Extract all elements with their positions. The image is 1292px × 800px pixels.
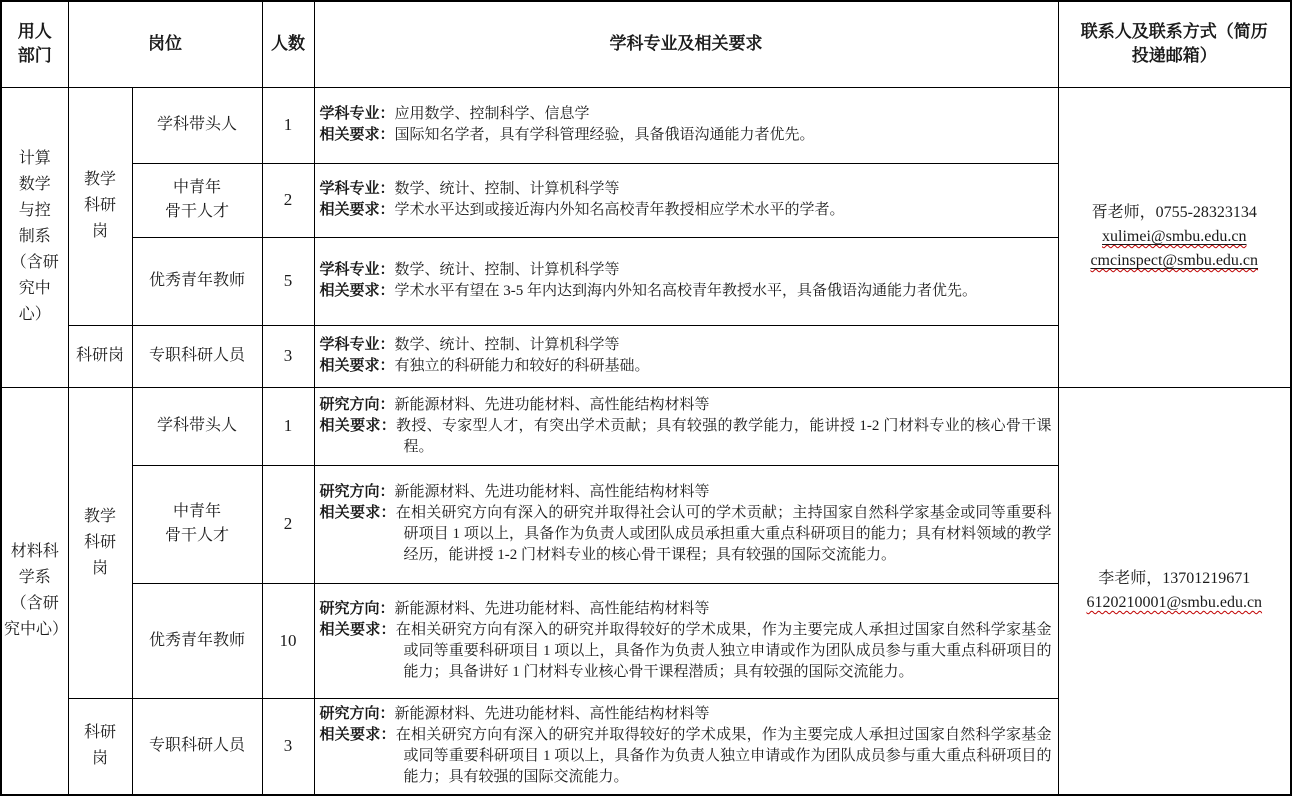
header-requirements: 学科专业及相关要求	[314, 1, 1058, 87]
requirement-label: 学科专业：	[320, 337, 395, 353]
requirements-cell: 学科专业：数学、统计、控制、计算机科学等 相关要求：学术水平达到或接近海内外知名…	[314, 163, 1058, 237]
requirement-line: 相关要求：在相关研究方向有深入的研究并取得社会认可的学术贡献；主持国家自然科学家…	[320, 503, 1052, 566]
position-cell: 学科带头人	[132, 87, 262, 163]
position-cell: 中青年 骨干人才	[132, 163, 262, 237]
position-cell: 优秀青年教师	[132, 237, 262, 325]
post-category-cell: 科研 岗	[68, 698, 132, 795]
department-cell: 计算 数学 与控 制系 （含研 究中 心）	[1, 87, 68, 387]
requirement-text: 在相关研究方向有深入的研究并取得社会认可的学术贡献；主持国家自然科学家基金或同等…	[396, 505, 1052, 563]
position-cell: 专职科研人员	[132, 698, 262, 795]
requirement-label: 研究方向：	[320, 706, 395, 722]
header-contact: 联系人及联系方式（简历 投递邮箱）	[1058, 1, 1291, 87]
requirement-line: 相关要求：教授、专家型人才，有突出学术贡献；具有较强的教学能力，能讲授 1-2 …	[320, 416, 1052, 458]
requirement-text: 在相关研究方向有深入的研究并取得较好的学术成果，作为主要完成人承担过国家自然科学…	[396, 727, 1052, 785]
contact-person: 胥老师，0755-28323134	[1063, 201, 1287, 225]
requirement-line: 研究方向：新能源材料、先进功能材料、高性能结构材料等	[320, 395, 1052, 416]
count-cell: 1	[262, 387, 314, 465]
requirement-text: 数学、统计、控制、计算机科学等	[395, 337, 620, 353]
contact-email: xulimei@smbu.edu.cn	[1063, 225, 1287, 249]
requirement-line: 相关要求：在相关研究方向有深入的研究并取得较好的学术成果，作为主要完成人承担过国…	[320, 725, 1052, 788]
requirement-line: 研究方向：新能源材料、先进功能材料、高性能结构材料等	[320, 482, 1052, 503]
post-category-cell: 科研岗	[68, 325, 132, 387]
section-materials-science: 材料科 学系 （含研 究中心） 教学 科研 岗 学科带头人 1 研究方向：新能源…	[1, 387, 1291, 795]
requirement-text: 新能源材料、先进功能材料、高性能结构材料等	[395, 397, 710, 413]
contact-person: 李老师，13701219671	[1063, 567, 1287, 591]
requirement-text: 学术水平达到或接近海内外知名高校青年教授相应学术水平的学者。	[395, 202, 845, 218]
requirement-text: 数学、统计、控制、计算机科学等	[395, 262, 620, 278]
requirement-label: 相关要求：	[320, 283, 395, 299]
requirement-text: 教授、专家型人才，有突出学术贡献；具有较强的教学能力，能讲授 1-2 门材料专业…	[396, 418, 1051, 455]
requirement-label: 相关要求：	[320, 727, 396, 743]
requirement-line: 学科专业：数学、统计、控制、计算机科学等	[320, 179, 1052, 200]
requirement-line: 相关要求：学术水平达到或接近海内外知名高校青年教授相应学术水平的学者。	[320, 200, 1052, 221]
requirements-cell: 研究方向：新能源材料、先进功能材料、高性能结构材料等 相关要求：在相关研究方向有…	[314, 698, 1058, 795]
requirement-label: 学科专业：	[320, 106, 395, 122]
requirement-text: 数学、统计、控制、计算机科学等	[395, 181, 620, 197]
requirements-cell: 研究方向：新能源材料、先进功能材料、高性能结构材料等 相关要求：在相关研究方向有…	[314, 465, 1058, 583]
requirement-line: 相关要求：国际知名学者，具有学科管理经验，具备俄语沟通能力者优先。	[320, 125, 1052, 146]
requirement-line: 研究方向：新能源材料、先进功能材料、高性能结构材料等	[320, 599, 1052, 620]
requirement-text: 新能源材料、先进功能材料、高性能结构材料等	[395, 484, 710, 500]
department-cell: 材料科 学系 （含研 究中心）	[1, 387, 68, 795]
document-page: 用人 部门 岗位 人数 学科专业及相关要求 联系人及联系方式（简历 投递邮箱） …	[0, 0, 1292, 800]
post-category-cell: 教学 科研 岗	[68, 87, 132, 325]
requirement-text: 学术水平有望在 3-5 年内达到海内外知名高校青年教授水平，具备俄语沟通能力者优…	[395, 283, 978, 299]
position-cell: 学科带头人	[132, 387, 262, 465]
requirement-text: 在相关研究方向有深入的研究并取得较好的学术成果，作为主要完成人承担过国家自然科学…	[396, 622, 1052, 680]
requirement-line: 学科专业：应用数学、控制科学、信息学	[320, 104, 1052, 125]
requirement-line: 相关要求：在相关研究方向有深入的研究并取得较好的学术成果，作为主要完成人承担过国…	[320, 620, 1052, 683]
requirement-line: 研究方向：新能源材料、先进功能材料、高性能结构材料等	[320, 704, 1052, 725]
contact-cell: 胥老师，0755-28323134 xulimei@smbu.edu.cn cm…	[1058, 87, 1291, 387]
count-cell: 2	[262, 163, 314, 237]
contact-email: cmcinspect@smbu.edu.cn	[1063, 249, 1287, 273]
requirement-label: 研究方向：	[320, 601, 395, 617]
requirement-label: 研究方向：	[320, 484, 395, 500]
requirement-line: 相关要求：有独立的科研能力和较好的科研基础。	[320, 356, 1052, 377]
requirement-label: 相关要求：	[320, 202, 395, 218]
requirement-line: 学科专业：数学、统计、控制、计算机科学等	[320, 335, 1052, 356]
count-cell: 10	[262, 583, 314, 698]
requirements-cell: 学科专业：应用数学、控制科学、信息学 相关要求：国际知名学者，具有学科管理经验，…	[314, 87, 1058, 163]
section-computational-math: 计算 数学 与控 制系 （含研 究中 心） 教学 科研 岗 学科带头人 1 学科…	[1, 87, 1291, 387]
count-cell: 3	[262, 325, 314, 387]
requirement-label: 学科专业：	[320, 181, 395, 197]
position-cell: 专职科研人员	[132, 325, 262, 387]
recruitment-table: 用人 部门 岗位 人数 学科专业及相关要求 联系人及联系方式（简历 投递邮箱） …	[0, 0, 1292, 796]
requirement-label: 相关要求：	[320, 418, 397, 434]
contact-email: 6120210001@smbu.edu.cn	[1063, 591, 1287, 615]
count-cell: 1	[262, 87, 314, 163]
table-row: 材料科 学系 （含研 究中心） 教学 科研 岗 学科带头人 1 研究方向：新能源…	[1, 387, 1291, 465]
position-cell: 优秀青年教师	[132, 583, 262, 698]
requirement-text: 新能源材料、先进功能材料、高性能结构材料等	[395, 601, 710, 617]
requirement-label: 相关要求：	[320, 127, 395, 143]
requirements-cell: 学科专业：数学、统计、控制、计算机科学等 相关要求：有独立的科研能力和较好的科研…	[314, 325, 1058, 387]
requirement-label: 相关要求：	[320, 622, 396, 638]
header-position: 岗位	[68, 1, 262, 87]
header-count: 人数	[262, 1, 314, 87]
requirement-label: 相关要求：	[320, 505, 396, 521]
requirement-label: 相关要求：	[320, 358, 395, 374]
count-cell: 3	[262, 698, 314, 795]
count-cell: 2	[262, 465, 314, 583]
requirements-cell: 学科专业：数学、统计、控制、计算机科学等 相关要求：学术水平有望在 3-5 年内…	[314, 237, 1058, 325]
requirements-cell: 研究方向：新能源材料、先进功能材料、高性能结构材料等 相关要求：在相关研究方向有…	[314, 583, 1058, 698]
position-cell: 中青年 骨干人才	[132, 465, 262, 583]
requirement-text: 国际知名学者，具有学科管理经验，具备俄语沟通能力者优先。	[395, 127, 815, 143]
requirement-text: 有独立的科研能力和较好的科研基础。	[395, 358, 650, 374]
count-cell: 5	[262, 237, 314, 325]
requirement-text: 新能源材料、先进功能材料、高性能结构材料等	[395, 706, 710, 722]
requirement-line: 学科专业：数学、统计、控制、计算机科学等	[320, 260, 1052, 281]
header-department: 用人 部门	[1, 1, 68, 87]
header-row: 用人 部门 岗位 人数 学科专业及相关要求 联系人及联系方式（简历 投递邮箱）	[1, 1, 1291, 87]
requirement-label: 研究方向：	[320, 397, 395, 413]
requirement-line: 相关要求：学术水平有望在 3-5 年内达到海内外知名高校青年教授水平，具备俄语沟…	[320, 281, 1052, 302]
post-category-cell: 教学 科研 岗	[68, 387, 132, 698]
table-row: 计算 数学 与控 制系 （含研 究中 心） 教学 科研 岗 学科带头人 1 学科…	[1, 87, 1291, 163]
requirement-text: 应用数学、控制科学、信息学	[395, 106, 590, 122]
requirement-label: 学科专业：	[320, 262, 395, 278]
contact-cell: 李老师，13701219671 6120210001@smbu.edu.cn	[1058, 387, 1291, 795]
requirements-cell: 研究方向：新能源材料、先进功能材料、高性能结构材料等 相关要求：教授、专家型人才…	[314, 387, 1058, 465]
